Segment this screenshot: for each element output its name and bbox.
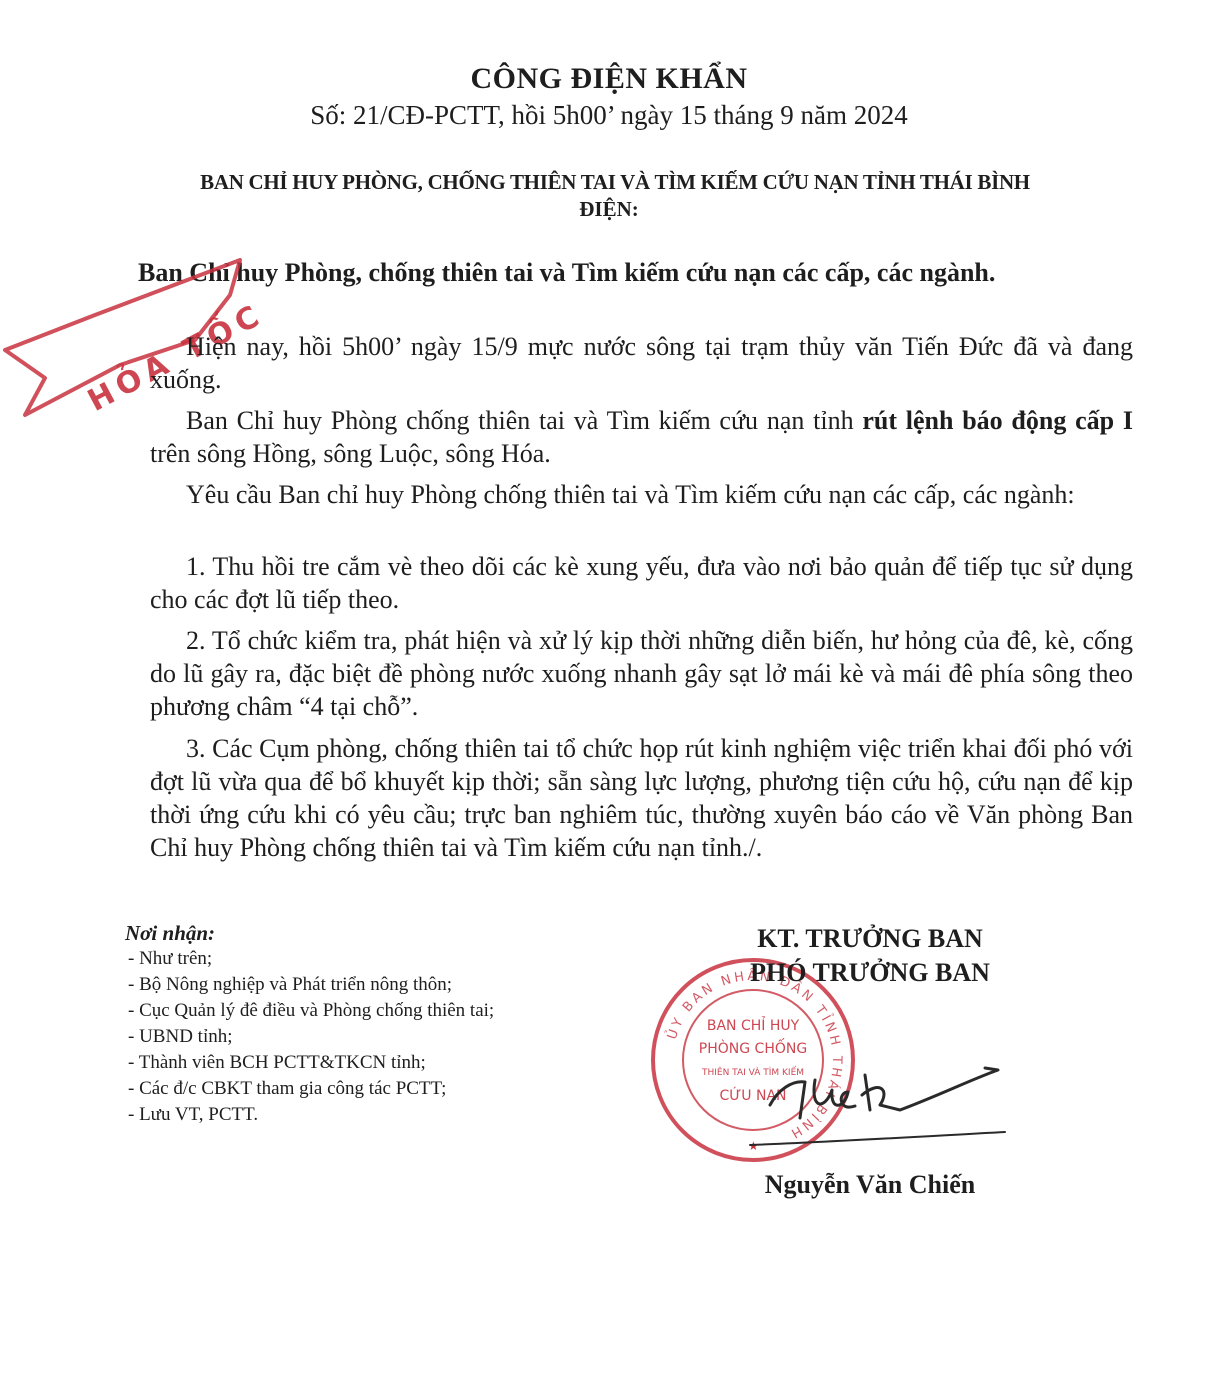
document-title: CÔNG ĐIỆN KHẨN (0, 62, 1218, 96)
signer-name: Nguyễn Văn Chiến (690, 1170, 1050, 1200)
receivers-list: Nơi nhận: - Như trên; - Bộ Nông nghiệp v… (125, 920, 605, 1128)
list-item: - Lưu VT, PCTT. (125, 1102, 605, 1128)
receivers-heading: Nơi nhận: (125, 920, 605, 946)
issuer-suffix: ĐIỆN: (0, 197, 1218, 222)
paragraph-3: Yêu cầu Ban chỉ huy Phòng chống thiên ta… (150, 478, 1133, 511)
list-item: - Bộ Nông nghiệp và Phát triển nông thôn… (125, 972, 605, 998)
paragraph-item-2: 2. Tổ chức kiểm tra, phát hiện và xử lý … (150, 624, 1133, 723)
signature-title: KT. TRƯỞNG BAN PHÓ TRƯỞNG BAN (690, 922, 1050, 990)
list-item: - UBND tỉnh; (125, 1024, 605, 1050)
signature-line-2: PHÓ TRƯỞNG BAN (690, 956, 1050, 990)
emphasis-text: rút lệnh báo động cấp I (862, 406, 1133, 435)
paragraph-2: Ban Chỉ huy Phòng chống thiên tai và Tìm… (150, 404, 1133, 470)
list-item: - Cục Quản lý đê điều và Phòng chống thi… (125, 998, 605, 1024)
recipient-line: Ban Chỉ huy Phòng, chống thiên tai và Tì… (138, 258, 1138, 288)
list-item: - Thành viên BCH PCTT&TKCN tỉnh; (125, 1050, 605, 1076)
seal-line: BAN CHỈ HUY (707, 1016, 800, 1034)
document-number: Số: 21/CĐ-PCTT, hồi 5h00’ ngày 15 tháng … (0, 100, 1218, 131)
handwritten-signature (730, 1050, 1030, 1150)
paragraph-item-1: 1. Thu hồi tre cắm vè theo dõi các kè xu… (150, 550, 1133, 616)
paragraph-1: Hiện nay, hồi 5h00’ ngày 15/9 mực nước s… (150, 330, 1133, 396)
list-item: - Các đ/c CBKT tham gia công tác PCTT; (125, 1076, 605, 1102)
signature-line-1: KT. TRƯỞNG BAN (690, 922, 1050, 956)
issuer: BAN CHỈ HUY PHÒNG, CHỐNG THIÊN TAI VÀ TÌ… (110, 170, 1120, 195)
list-item: - Như trên; (125, 946, 605, 972)
paragraph-item-3: 3. Các Cụm phòng, chống thiên tai tổ chứ… (150, 732, 1133, 864)
